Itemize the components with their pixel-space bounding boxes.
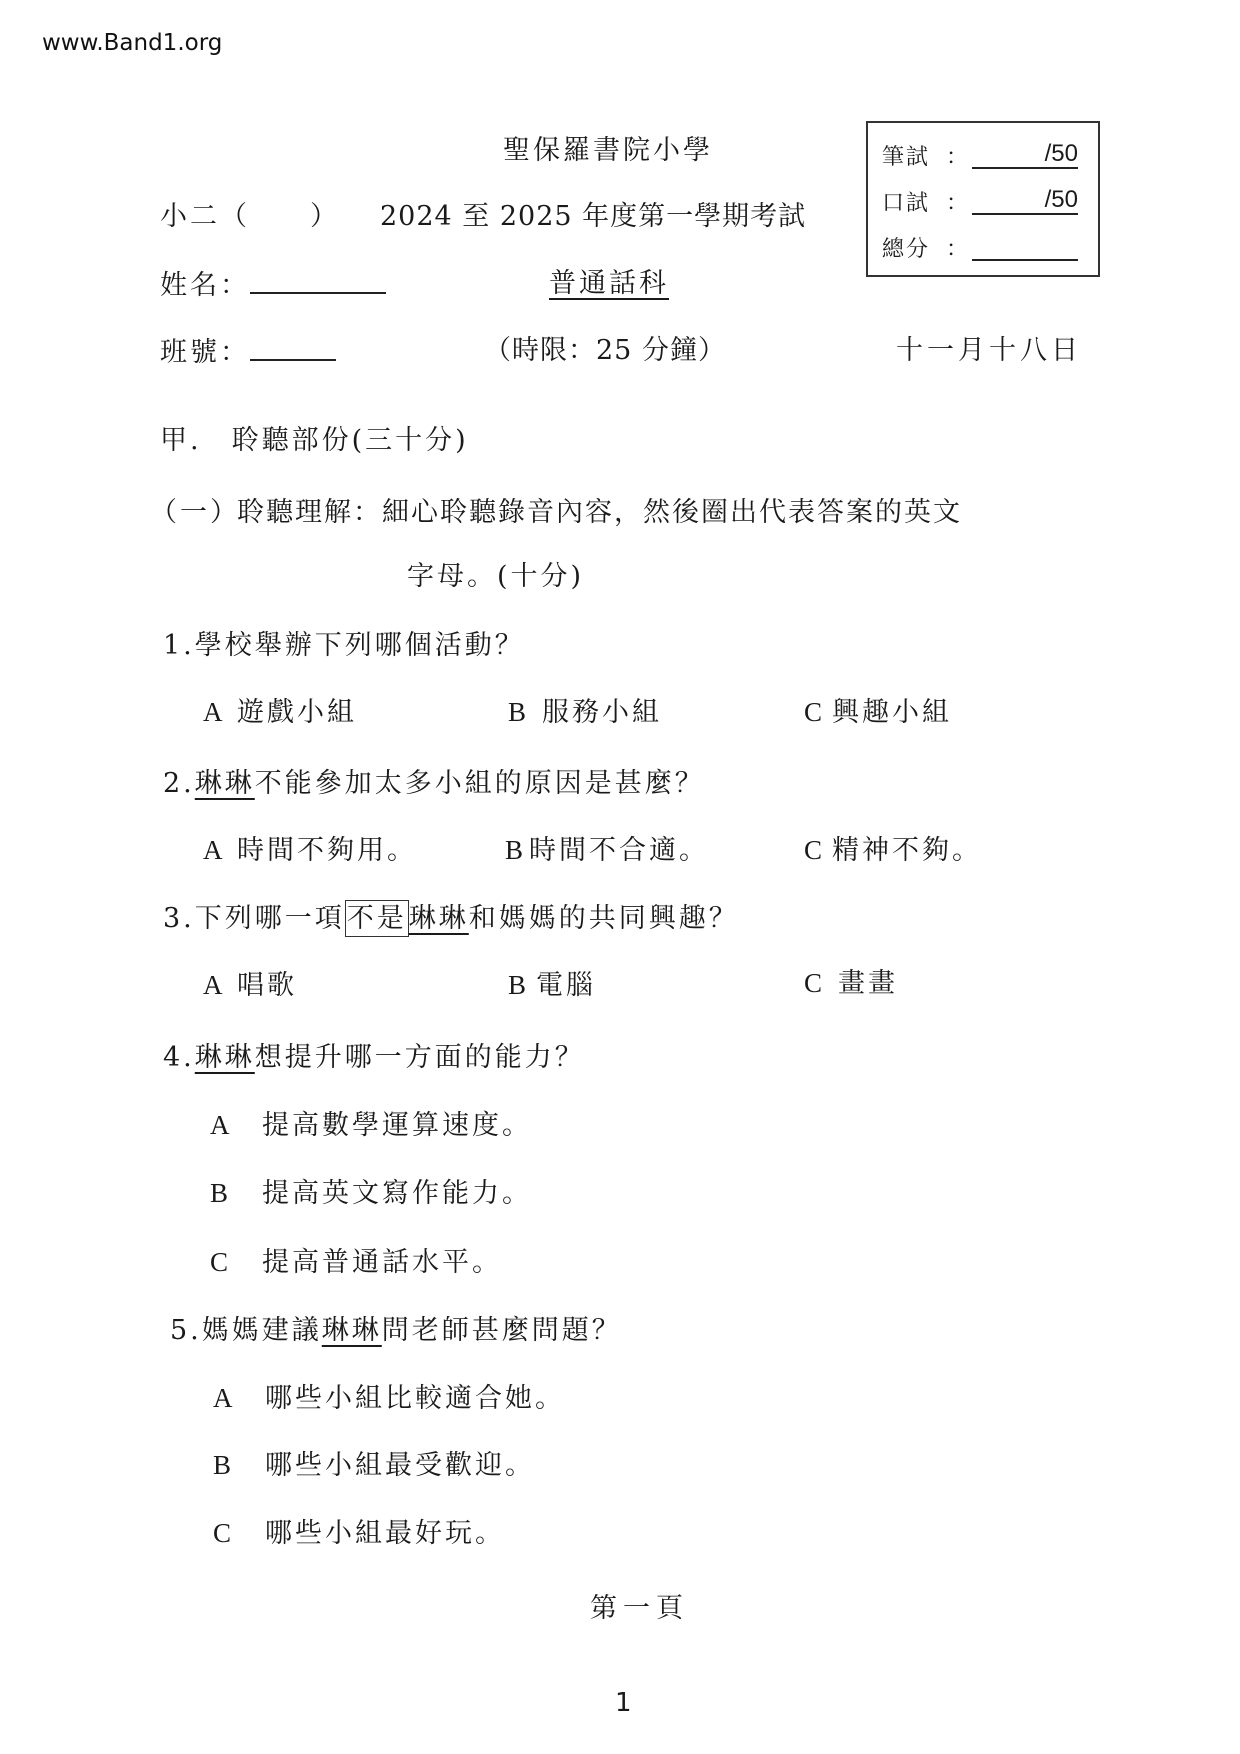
option-letter[interactable]: B: [213, 1452, 265, 1479]
question-text: 不能參加太多小組的原因是甚麼？: [255, 768, 705, 799]
class-no-blank[interactable]: [250, 337, 336, 361]
q4-option-a[interactable]: A提高數學運算速度。: [210, 1112, 532, 1139]
page-label: 第一頁: [590, 1595, 689, 1622]
score-value-total[interactable]: [972, 233, 1078, 261]
score-label: 口試: [882, 193, 942, 215]
option-letter[interactable]: B: [508, 699, 542, 726]
option-letter[interactable]: A: [203, 972, 237, 999]
score-label: 筆試: [882, 147, 942, 169]
option-letter[interactable]: A: [203, 837, 237, 864]
option-letter[interactable]: C: [804, 837, 832, 864]
option-text: 畫畫: [838, 968, 898, 999]
q3-option-b[interactable]: B電腦: [508, 972, 596, 999]
class-no-field-row: 班號：: [160, 337, 336, 366]
class-no-label: 班號：: [160, 337, 250, 368]
option-letter[interactable]: C: [213, 1520, 265, 1547]
part-label: （一）: [150, 499, 240, 526]
option-text: 哪些小組比較適合她。: [265, 1383, 565, 1414]
option-text: 哪些小組最受歡迎。: [265, 1450, 535, 1481]
option-letter[interactable]: A: [210, 1112, 262, 1139]
q2-option-a[interactable]: A時間不夠用。: [203, 837, 417, 864]
name-label: 姓名：: [160, 270, 250, 301]
question-text: 下列哪一項: [195, 903, 345, 934]
option-text: 哪些小組最好玩。: [265, 1518, 505, 1549]
option-text: 遊戲小組: [237, 697, 357, 728]
score-colon: ：: [942, 193, 972, 215]
option-letter[interactable]: A: [213, 1385, 265, 1412]
q5-option-c[interactable]: C哪些小組最好玩。: [213, 1520, 505, 1547]
name-field-row: 姓名：: [160, 270, 386, 299]
score-box: 筆試 ： /50 口試 ： /50 總分 ：: [866, 121, 1100, 277]
underlined-name: 琳琳: [195, 768, 255, 799]
option-letter[interactable]: C: [210, 1249, 262, 1276]
school-name: 聖保羅書院小學: [503, 137, 713, 164]
question-3: 3.下列哪一項不是琳琳和媽媽的共同興趣？: [163, 905, 739, 932]
q4-option-b[interactable]: B提高英文寫作能力。: [210, 1180, 532, 1207]
q1-option-c[interactable]: C興趣小組: [804, 699, 952, 726]
boxed-emphasis: 不是: [345, 900, 409, 937]
question-text-cont: 和媽媽的共同興趣？: [469, 903, 739, 934]
q4-option-c[interactable]: C提高普通話水平。: [210, 1249, 502, 1276]
option-text: 電腦: [536, 970, 596, 1001]
question-number: 3.: [163, 903, 195, 934]
watermark-url: www.Band1.org: [42, 32, 222, 55]
exam-title: 2024 至 2025 年度第一學期考試: [380, 203, 806, 230]
option-text: 興趣小組: [832, 697, 952, 728]
name-blank[interactable]: [250, 270, 386, 294]
subject-title: 普通話科: [549, 270, 669, 297]
part-instruction-cont: 字母。(十分): [407, 563, 584, 590]
question-text: 媽媽建議: [202, 1315, 322, 1346]
option-text: 時間不夠用。: [237, 835, 417, 866]
part-instruction: 聆聽理解：細心聆聽錄音內容，然後圈出代表答案的英文: [237, 499, 962, 526]
question-text-cont: 問老師甚麼問題？: [382, 1315, 622, 1346]
q2-option-c[interactable]: C精神不夠。: [804, 837, 982, 864]
q1-option-b[interactable]: B服務小組: [508, 699, 662, 726]
question-4: 4.琳琳想提升哪一方面的能力？: [163, 1044, 585, 1071]
option-text: 提高英文寫作能力。: [262, 1178, 532, 1209]
exam-date: 十一月十八日: [896, 337, 1082, 364]
grade-label: 小二（ ）: [160, 203, 340, 230]
section-title: 甲. 聆聽部份(三十分): [160, 427, 469, 454]
question-number: 4.: [163, 1042, 195, 1073]
q5-option-b[interactable]: B哪些小組最受歡迎。: [213, 1452, 535, 1479]
question-number: 1.: [163, 630, 195, 661]
score-value-written[interactable]: /50: [972, 141, 1078, 169]
score-colon: ：: [942, 239, 972, 261]
option-text: 精神不夠。: [832, 835, 982, 866]
q3-option-c[interactable]: C畫畫: [804, 970, 898, 997]
score-value-oral[interactable]: /50: [972, 187, 1078, 215]
option-letter[interactable]: C: [804, 699, 832, 726]
q5-option-a[interactable]: A哪些小組比較適合她。: [213, 1385, 565, 1412]
score-colon: ：: [942, 147, 972, 169]
question-2: 2.琳琳不能參加太多小組的原因是甚麼？: [163, 770, 705, 797]
underlined-name: 琳琳: [409, 903, 469, 934]
question-number: 5.: [170, 1315, 202, 1346]
score-label: 總分: [882, 239, 942, 261]
question-number: 2.: [163, 768, 195, 799]
question-text: 想提升哪一方面的能力？: [255, 1042, 585, 1073]
q3-option-a[interactable]: A唱歌: [203, 972, 297, 999]
option-text: 提高普通話水平。: [262, 1247, 502, 1278]
q2-option-b[interactable]: B時間不合適。: [505, 837, 709, 864]
option-letter[interactable]: B: [505, 837, 529, 864]
option-letter[interactable]: B: [508, 972, 536, 999]
option-letter[interactable]: C: [804, 970, 838, 997]
underlined-name: 琳琳: [195, 1042, 255, 1073]
question-5: 5.媽媽建議琳琳問老師甚麼問題？: [170, 1317, 622, 1344]
question-text: 學校舉辦下列哪個活動？: [195, 630, 525, 661]
option-letter[interactable]: B: [210, 1180, 262, 1207]
page-number: 1: [615, 1690, 632, 1716]
question-1: 1.學校舉辦下列哪個活動？: [163, 632, 525, 659]
score-row-total: 總分 ：: [882, 233, 1078, 261]
option-letter[interactable]: A: [203, 699, 237, 726]
option-text: 提高數學運算速度。: [262, 1110, 532, 1141]
option-text: 時間不合適。: [529, 835, 709, 866]
option-text: 唱歌: [237, 970, 297, 1001]
option-text: 服務小組: [542, 697, 662, 728]
underlined-name: 琳琳: [322, 1315, 382, 1346]
score-row-oral: 口試 ： /50: [882, 187, 1078, 215]
score-row-written: 筆試 ： /50: [882, 141, 1078, 169]
time-limit: （時限：25 分鐘）: [484, 337, 726, 364]
q1-option-a[interactable]: A遊戲小組: [203, 699, 357, 726]
